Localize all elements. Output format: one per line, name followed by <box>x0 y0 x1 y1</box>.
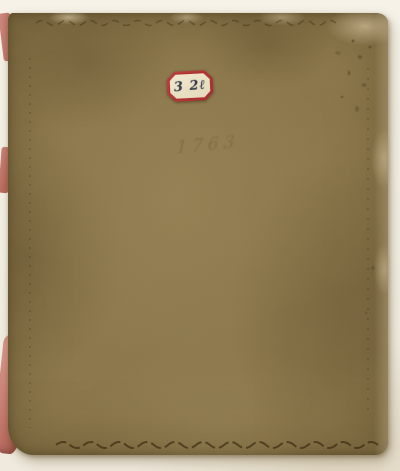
label-number: 3 2ℓ <box>166 69 214 103</box>
tooled-border-top <box>36 21 336 26</box>
shelf-label: 3 2ℓ <box>166 70 214 102</box>
book-cover: 3 2ℓ 1763 <box>8 13 388 455</box>
photo-stage: 3 2ℓ 1763 <box>0 0 400 471</box>
tooled-border-bottom <box>56 442 378 448</box>
